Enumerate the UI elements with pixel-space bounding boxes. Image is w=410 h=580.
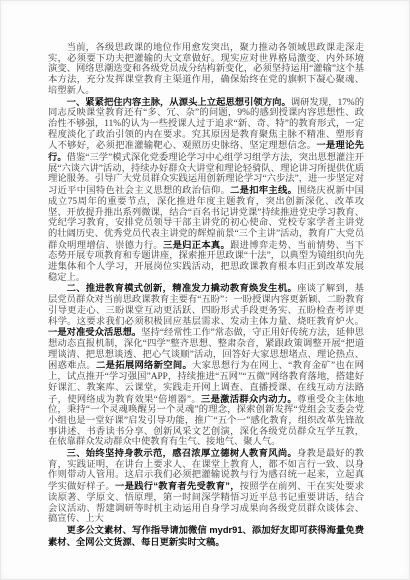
bold-heading-run: 一是对准受众活思想。 <box>48 327 141 337</box>
bold-heading-run: 二是扣牢主线。 <box>230 185 297 195</box>
bold-heading-run: 三是归正本真。 <box>163 240 230 250</box>
bold-heading-run: 一是践行“教育者先受教育”， <box>115 481 240 491</box>
footer-promo: 更多公文素材、写作指导请加微信 mydr91、添加好友即可获得海量免费素材、全网… <box>48 525 364 548</box>
bold-heading-run: 三、始终坚持身教示范，感召浓厚立德树人教育风尚。 <box>67 448 297 458</box>
bold-heading-run: 二是拓展网络新空间。 <box>96 360 192 370</box>
document-page: 当前，各级思政课的地位作用愈发突出，聚力推动各领域思政课走深走实，必须要下功夫把… <box>0 0 410 580</box>
bold-heading-run: 二、推进教育模式创新，精准发力撬动教育焕发生机。 <box>67 283 297 293</box>
paragraph-4: 三、始终坚持身教示范，感召浓厚立德树人教育风尚。身教是最好的教育，实践证明，在讲… <box>48 448 364 525</box>
bold-heading-run: 三是激活群众内动力。 <box>201 394 297 404</box>
bold-heading-run: 更多公文素材、写作指导请加微信 mydr91、添加好友即可获得海量免费素材、全网… <box>48 525 364 547</box>
text-run: 当前，各级思政课的地位作用愈发突出，聚力推动各领域思政课走深走实，必须要下功夫把… <box>48 43 364 96</box>
document-body: 当前，各级思政课的地位作用愈发突出，聚力推动各领域思政课走深走实，必须要下功夫把… <box>48 43 364 548</box>
paragraph-1: 当前，各级思政课的地位作用愈发突出，聚力推动各领域思政课走深走实，必须要下功夫把… <box>48 43 364 97</box>
paragraph-2: 一、紧紧把住内容主脉，从源头上立起思想引领方向。调研发现，17%的同志反映课堂教… <box>48 97 364 284</box>
paragraph-3: 二、推进教育模式创新，精准发力撬动教育焕发生机。座谈了解到，基层党员群众对当前思… <box>48 283 364 448</box>
bold-heading-run: 一、紧紧把住内容主脉，从源头上立起思想引领方向。 <box>67 97 291 107</box>
